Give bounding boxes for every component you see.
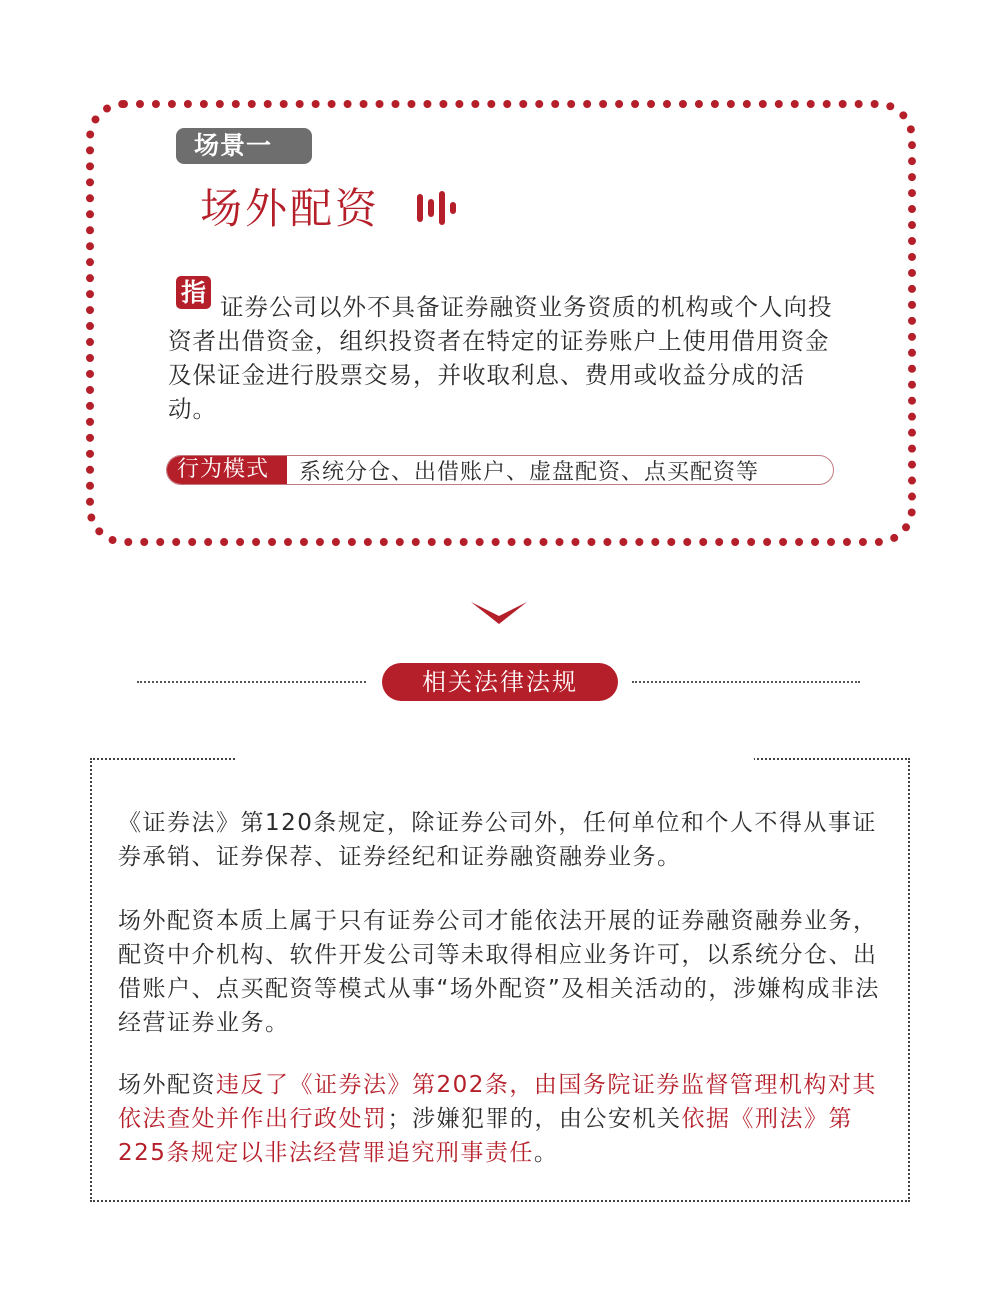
law-paragraph-1: 《证券法》第120条规定，除证券公司外，任何单位和个人不得从事证券承销、证券保荐…: [118, 806, 888, 874]
chevron-down-icon: [469, 598, 529, 628]
sound-bars-icon: [414, 190, 458, 226]
law-text-plain: ；涉嫌犯罪的，由公安机关: [388, 1106, 682, 1132]
divider-line-right: [632, 681, 860, 683]
behavior-pill: 行为模式 系统分仓、出借账户、虚盘配资、点买配资等: [166, 455, 834, 485]
law-paragraph-3: 场外配资违反了《证券法》第202条，由国务院证券监督管理机构对其依法查处并作出行…: [118, 1068, 888, 1170]
behavior-value: 系统分仓、出借账户、虚盘配资、点买配资等: [287, 455, 759, 485]
law-text-plain: 场外配资: [118, 1072, 216, 1098]
law-text-plain: 。: [534, 1140, 559, 1166]
section-title: 相关法律法规: [382, 663, 618, 701]
law-box-border-gap: [236, 755, 754, 763]
divider-line-left: [137, 681, 366, 683]
law-paragraph-2: 场外配资本质上属于只有证券公司才能依法开展的证券融资融券业务，配资中介机构、软件…: [118, 904, 888, 1040]
scene-title: 场外配资: [200, 183, 380, 235]
definition-text: 证券公司以外不具备证券融资业务资质的机构或个人向投资者出借资金，组织投资者在特定…: [168, 290, 848, 426]
scene-tag: 场景一: [176, 128, 312, 164]
behavior-label: 行为模式: [167, 456, 287, 484]
